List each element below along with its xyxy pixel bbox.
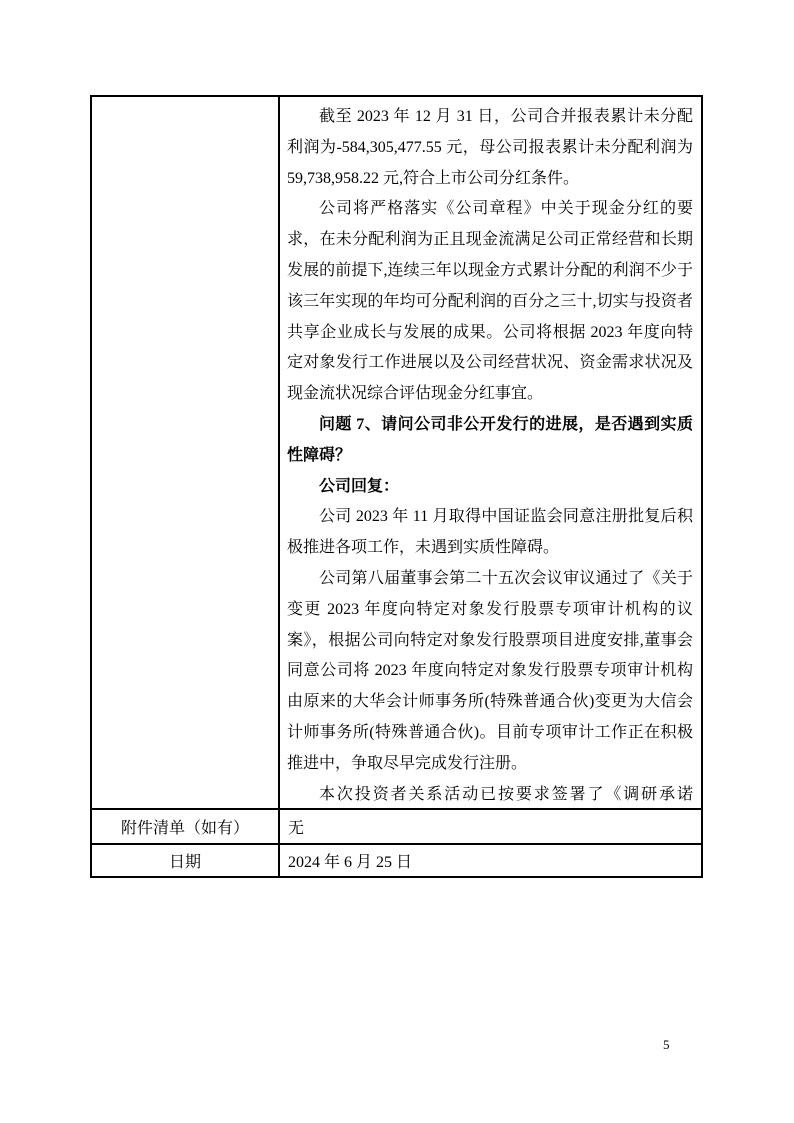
date-value: 2024 年 6 月 25 日 <box>280 845 701 876</box>
main-row-empty-label-cell <box>92 97 280 808</box>
document-page: 截至 2023 年 12 月 31 日，公司合并报表累计未分配利润为-584,3… <box>0 0 794 1123</box>
attachment-label: 附件清单（如有） <box>92 810 280 843</box>
paragraph-question-7: 问题 7、请问公司非公开发行的进展，是否遇到实质性障碍？ <box>287 410 693 472</box>
attachment-value: 无 <box>280 810 701 843</box>
page-number: 5 <box>663 1037 670 1053</box>
paragraph-commitment-letter: 本次投资者关系活动已按要求签署了《调研承诺书》。 <box>287 780 693 808</box>
table-row-date: 日期 2024 年 6 月 25 日 <box>92 845 701 876</box>
paragraph-company-reply-heading: 公司回复： <box>287 472 693 503</box>
table-row-main: 截至 2023 年 12 月 31 日，公司合并报表累计未分配利润为-584,3… <box>92 97 701 810</box>
paragraph-reply-registration-approval: 公司 2023 年 11 月取得中国证监会同意注册批复后积极推进各项工作，未遇到… <box>287 502 693 564</box>
date-label: 日期 <box>92 845 280 876</box>
table-row-attachment: 附件清单（如有） 无 <box>92 810 701 845</box>
investor-relations-table: 截至 2023 年 12 月 31 日，公司合并报表累计未分配利润为-584,3… <box>90 95 703 878</box>
main-row-content-cell: 截至 2023 年 12 月 31 日，公司合并报表累计未分配利润为-584,3… <box>280 97 701 808</box>
paragraph-reply-auditor-change: 公司第八届董事会第二十五次会议审议通过了《关于变更 2023 年度向特定对象发行… <box>287 564 693 780</box>
paragraph-undistributed-profit: 截至 2023 年 12 月 31 日，公司合并报表累计未分配利润为-584,3… <box>287 102 693 194</box>
paragraph-dividend-policy: 公司将严格落实《公司章程》中关于现金分红的要求，在未分配利润为正且现金流满足公司… <box>287 194 693 410</box>
